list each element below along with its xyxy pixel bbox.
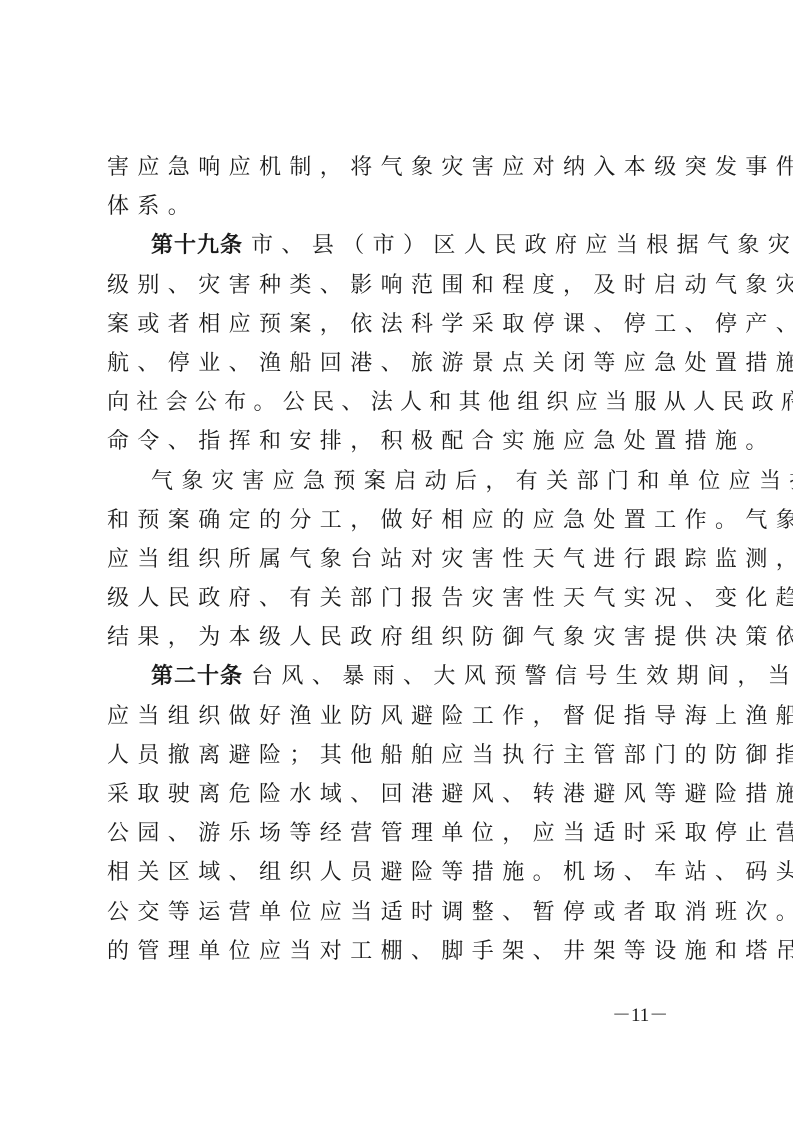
article-19-first-line: 第十九条市、县（市）区人民政府应当根据气象灾害预警 [107,226,707,265]
article-20-first-line: 第二十条台风、暴雨、大风预警信号生效期间，当地政府 [107,657,707,696]
body-text: 害应急响应机制，将气象灾害应对纳入本级突发事件应急指挥 体系。 第十九条市、县（… [107,148,707,971]
text-line: 和预案确定的分工，做好相应的应急处置工作。气象主管机构 [107,501,707,540]
text-line: 人员撤离避险；其他船舶应当执行主管部门的防御指令，及时 [107,736,707,775]
text-line: 级别、灾害种类、影响范围和程度，及时启动气象灾害应急预 [107,266,707,305]
document-page: 害应急响应机制，将气象灾害应对纳入本级突发事件应急指挥 体系。 第十九条市、县（… [0,0,793,1122]
text-line: 相关区域、组织人员避险等措施。机场、车站、码头、港口、 [107,853,707,892]
text-line: 公交等运营单位应当适时调整、暂停或者取消班次。在建工地 [107,893,707,932]
text-line: 案或者相应预案，依法科学采取停课、停工、停产、停运、停 [107,305,707,344]
text-line: 应当组织做好渔业防风避险工作，督促指导海上渔船、设施和 [107,697,707,736]
text-line: 命令、指挥和安排，积极配合实施应急处置措施。 [107,422,707,461]
text-line: 结果，为本级人民政府组织防御气象灾害提供决策依据。 [107,618,707,657]
article-heading: 第二十条 [151,664,243,689]
text-line: 应当组织所属气象台站对灾害性天气进行跟踪监测，及时向本 [107,540,707,579]
text-line: 体系。 [107,187,707,226]
text-line: 采取驶离危险水域、回港避风、转港避风等避险措施。景区、 [107,775,707,814]
text-line: 级人民政府、有关部门报告灾害性天气实况、变化趋势和评估 [107,579,707,618]
text-line: 向社会公布。公民、法人和其他组织应当服从人民政府的决定、 [107,383,707,422]
text-line: 的管理单位应当对工棚、脚手架、井架等设施和塔吊、升降机 [107,932,707,971]
text-line: 公园、游乐场等经营管理单位，应当适时采取停止营业、关闭 [107,814,707,853]
text-segment: 市、县（市）区人民政府应当根据气象灾害预警 [251,233,793,258]
text-segment: 台风、暴雨、大风预警信号生效期间，当地政府 [251,664,793,689]
text-line: 航、停业、渔船回港、旅游景点关闭等应急处置措施，并及时 [107,344,707,383]
page-number: －11－ [612,1000,668,1027]
text-line: 害应急响应机制，将气象灾害应对纳入本级突发事件应急指挥 [107,148,707,187]
paragraph-first-line: 气象灾害应急预案启动后，有关部门和单位应当按照职责 [107,462,707,501]
article-heading: 第十九条 [151,233,243,258]
